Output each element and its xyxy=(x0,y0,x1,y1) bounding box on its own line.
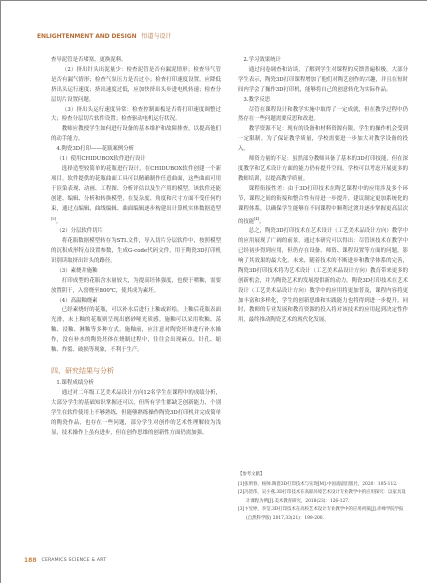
header-english-title: ENLIGHTENMENT AND DESIGN xyxy=(37,33,137,40)
paragraph: 尽管在课程设计和教学实施中取得了一定成就，但在教学过程中仍然存在一些问题需要反思… xyxy=(238,106,408,126)
section-heading: 四、研究结果与分析 xyxy=(51,366,221,377)
page-number: 188 xyxy=(24,557,37,564)
paragraph: （3）挤出头运行速度异常：检查控制面板是否将打印速度调整过大；检查分层切片软件设… xyxy=(51,106,221,126)
journal-name: CERAMICS SCIENCE & ART xyxy=(42,558,107,563)
paragraph: 师资力量的不足：虽然部分教师具备了基本的3D打印技能，但在深度教学和艺术设计方面… xyxy=(238,155,408,185)
paragraph: 总之，陶瓷3D打印技术在艺术设计（工艺美术品设计方向）教学中的应用展现了广阔的前… xyxy=(238,227,408,326)
reference-item: [1]张明春，杨帅.陶瓷3D打印技术与实现[M].中国戏剧出版社，2020：10… xyxy=(238,481,408,490)
subheading: 2.学习效果统计 xyxy=(238,56,408,66)
paragraph: 打印成型的花瓶含水量较大，为提高坯体强度，也便于喷釉，需要放置阴干，入窑烧至80… xyxy=(51,277,221,297)
page-footer: 188 CERAMICS SCIENCE & ART xyxy=(24,557,106,564)
references: 【参考文献】 [1]张明春，杨帅.陶瓷3D打印技术与实现[M].中国戏剧出版社，… xyxy=(238,471,408,524)
left-column: 查导泥管是否堵塞，更换泥料。 （2）挤出针头出泥量少：检查泥管是否有漏泥情形；检… xyxy=(51,56,221,438)
paragraph: 将花瓶数据模型转存为STL文件，导入切片分层软件中，按照模型的沉积成形特点设置参… xyxy=(51,237,221,267)
references-title: 【参考文献】 xyxy=(238,471,408,480)
right-column: 2.学习效果统计 通过问卷调查和访谈，了解到学生对课程的反馈普遍积极，大部分学生… xyxy=(238,56,408,326)
subheading: 3.教学反思 xyxy=(238,96,408,106)
paragraph: 查导泥管是否堵塞，更换泥料。 xyxy=(51,56,221,66)
paragraph: 通过问卷调查和访谈，了解到学生对课程的反馈普遍积极，大部分学生表示，陶瓷3D打印… xyxy=(238,66,408,96)
subheading: （3）素烧并施釉 xyxy=(51,267,221,277)
paragraph: 已经素烧好的花瓶，可以补水后进行上釉或彩绘。上釉后花瓶表面光滑，未上釉的花瓶则呈… xyxy=(51,306,221,356)
paragraph: 课程衔接性差：由于3D打印技术在陶艺课程中的应用涉及多个环节，课程之间的衔接和整… xyxy=(238,185,408,227)
running-header: ENLIGHTENMENT AND DESIGN 悟道与设计 xyxy=(37,31,171,40)
reference-item: [3]卞昱婷，李莹.3D打印技术在高校艺术设计专业教学中的应用初探[J].赤峰学… xyxy=(238,506,408,523)
subheading: （4）高温釉烧素 xyxy=(51,297,221,307)
paragraph: 通过对二年级工艺美术品设计方向12名学生在课程中的成绩分析，大部分学生的基础知识… xyxy=(51,389,221,439)
subheading: （1）使用CHIDUBOX软件进行设计 xyxy=(51,155,221,165)
paragraph: （2）挤出针头出泥量少：检查泥管是否有漏泥情形；检查导气管是否有漏气情形；检查气… xyxy=(51,66,221,106)
paragraph: 教学资源不足：现有的设备和材料资源有限，学生的操作机会受到一定限制。为了保证教学… xyxy=(238,125,408,155)
header-chinese-title: 悟道与设计 xyxy=(141,33,171,40)
subheading: 1.课程成绩分析 xyxy=(51,379,221,389)
paragraph: 教师应教授学生如何进行设备的基本维护和故障排查，以提高他们的动手能力。 xyxy=(51,125,221,145)
subheading: 4.陶瓷3D打印——花瓶案例分析 xyxy=(51,145,221,155)
reference-item: [2]冯贺伟，吴小燕.3D打印技术在高职环境艺术设计专业教学中的应用探究：以家具… xyxy=(238,489,408,506)
paragraph: 选择造型较简单的花瓶进行设计，在CHIDUBOX软件创建一个新项目。软件提供的花… xyxy=(51,165,221,227)
subheading: （2）分层软件切片 xyxy=(51,227,221,237)
